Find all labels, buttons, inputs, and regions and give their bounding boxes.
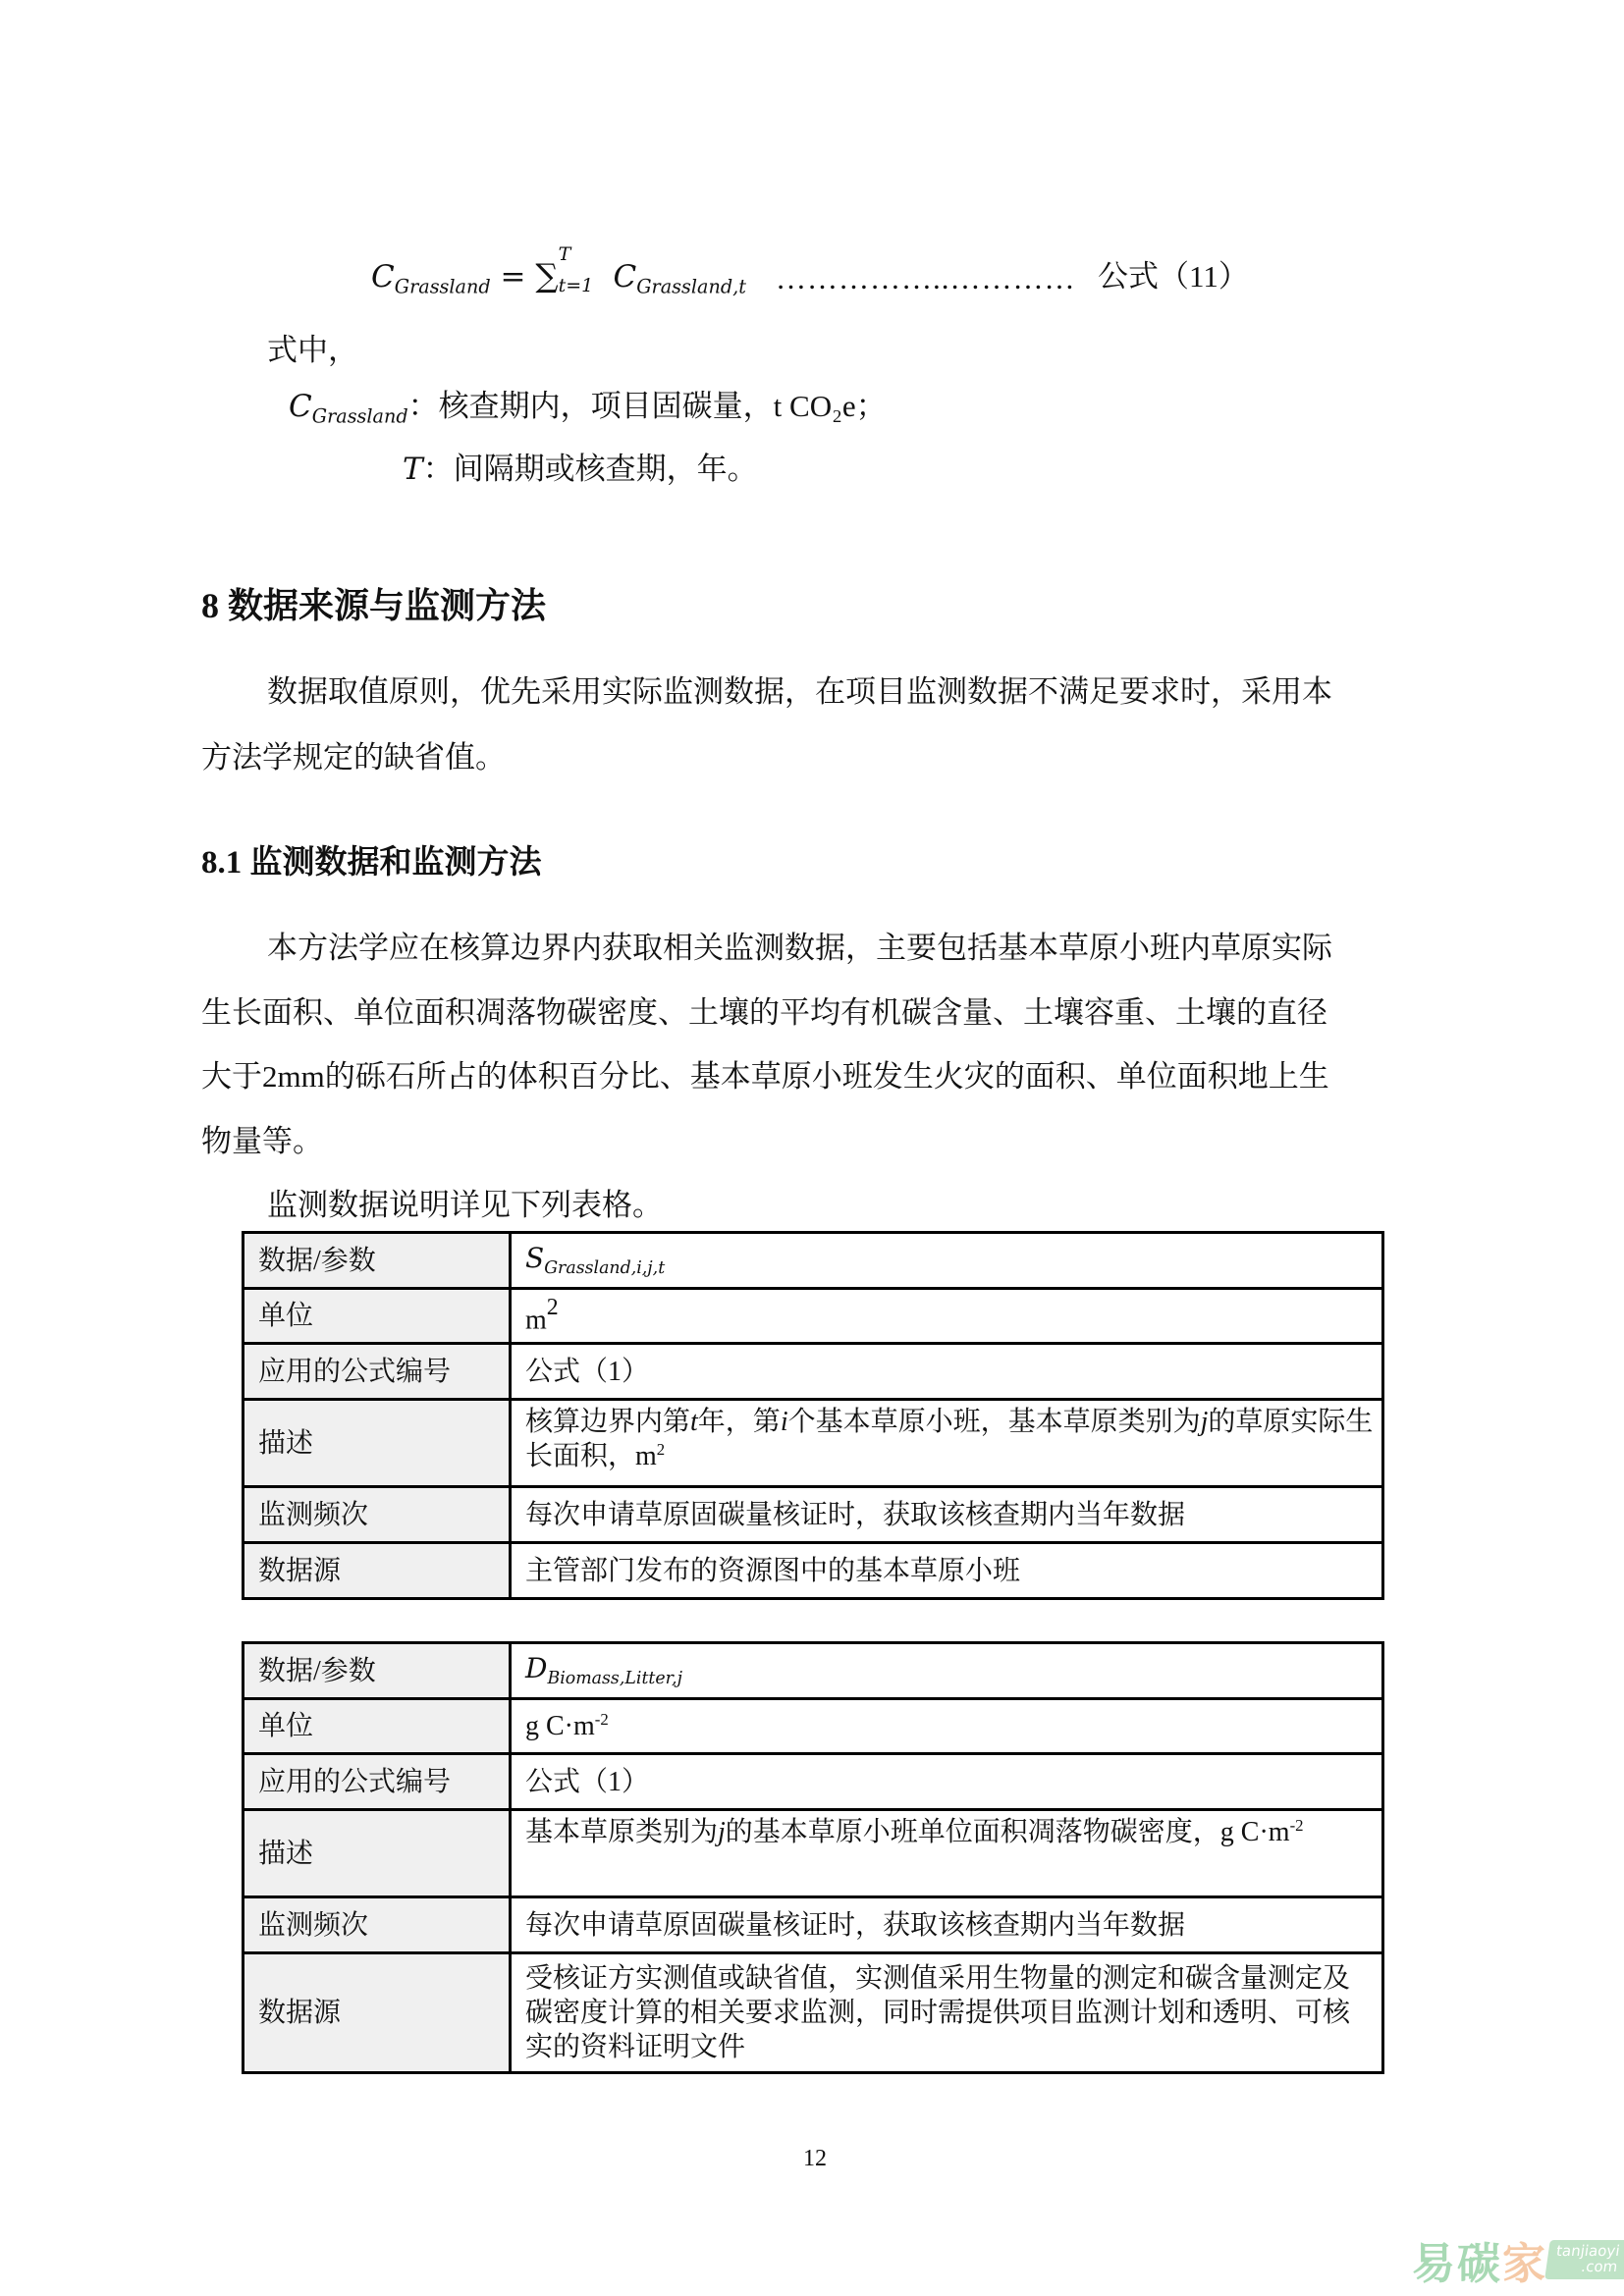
source-label: 数据源 xyxy=(244,1953,511,2073)
formula-11: CGrassland = ∑Tt=1 CGrassland,t xyxy=(371,257,746,298)
watermark-char: 易 xyxy=(1412,2228,1455,2291)
table-row: 描述 核算边界内第t年，第i个基本草原小班，基本草原类别为j的草原实际生长面积，… xyxy=(244,1400,1383,1487)
formula-number-label: 应用的公式编号 xyxy=(244,1754,511,1810)
description-value: 基本草原类别为j的基本草原小班单位面积凋落物碳密度，g C·m-2 xyxy=(511,1810,1383,1897)
source-label: 数据源 xyxy=(244,1543,511,1599)
frequency-label: 监测频次 xyxy=(244,1487,511,1543)
table-row: 数据/参数 DBiomass,Litter,j xyxy=(244,1643,1383,1699)
unit-value: g C·m-2 xyxy=(511,1699,1383,1754)
section-8-1-heading: 8.1 监测数据和监测方法 xyxy=(201,836,542,882)
description-label: 描述 xyxy=(244,1400,511,1487)
table-row: 描述 基本草原类别为j的基本草原小班单位面积凋落物碳密度，g C·m-2 xyxy=(244,1810,1383,1897)
source-value: 主管部门发布的资源图中的基本草原小班 xyxy=(511,1543,1383,1599)
table-row: 监测频次 每次申请草原固碳量核证时，获取该核查期内当年数据 xyxy=(244,1487,1383,1543)
section-8-para-line-1: 数据取值原则，优先采用实际监测数据，在项目监测数据不满足要求时，采用本 xyxy=(267,676,1332,707)
param-label: 数据/参数 xyxy=(244,1643,511,1699)
param-value: SGrassland,i,j,t xyxy=(511,1233,1383,1289)
table-row: 数据源 受核证方实测值或缺省值，实测值采用生物量的测定和碳含量测定及碳密度计算的… xyxy=(244,1953,1383,2073)
source-value: 受核证方实测值或缺省值，实测值采用生物量的测定和碳含量测定及碳密度计算的相关要求… xyxy=(511,1953,1383,2073)
frequency-value: 每次申请草原固碳量核证时，获取该核查期内当年数据 xyxy=(511,1487,1383,1543)
param-table-s-grassland: 数据/参数 SGrassland,i,j,t 单位 m2 应用的公式编号 公式（… xyxy=(242,1231,1384,1600)
formula-lhs: CGrassland xyxy=(371,259,491,294)
unit-label: 单位 xyxy=(244,1289,511,1344)
table-intro: 监测数据说明详见下列表格。 xyxy=(267,1190,663,1220)
section-8-1-para-line-1: 本方法学应在核算边界内获取相关监测数据，主要包括基本草原小班内草原实际 xyxy=(267,933,1332,963)
where-intro: 式中， xyxy=(267,335,358,365)
table-row: 应用的公式编号 公式（1） xyxy=(244,1754,1383,1810)
watermark-char: 家 xyxy=(1502,2228,1545,2291)
table-row: 应用的公式编号 公式（1） xyxy=(244,1344,1383,1400)
formula-rhs: CGrassland,t xyxy=(613,259,745,294)
formula-label: 公式（11） xyxy=(1098,261,1249,292)
watermark-badge: tanjiaoyi .com xyxy=(1544,2240,1624,2279)
section-8-para-line-2: 方法学规定的缺省值。 xyxy=(201,742,506,773)
description-value: 核算边界内第t年，第i个基本草原小班，基本草原类别为j的草原实际生长面积，m2 xyxy=(511,1400,1383,1487)
formula-leader-dots: ……………..………… xyxy=(776,263,1076,294)
equals-sign: = xyxy=(501,259,526,294)
param-table-d-biomass-litter: 数据/参数 DBiomass,Litter,j 单位 g C·m-2 应用的公式… xyxy=(242,1641,1384,2074)
description-label: 描述 xyxy=(244,1810,511,1897)
frequency-value: 每次申请草原固碳量核证时，获取该核查期内当年数据 xyxy=(511,1897,1383,1953)
watermark-char: 碳 xyxy=(1457,2228,1500,2291)
table-row: 数据/参数 SGrassland,i,j,t xyxy=(244,1233,1383,1289)
section-8-1-para-line-3: 大于2mm的砾石所占的体积百分比、基本草原小班发生火灾的面积、单位面积地上生 xyxy=(201,1061,1329,1092)
formula-number-label: 应用的公式编号 xyxy=(244,1344,511,1400)
table-row: 单位 g C·m-2 xyxy=(244,1699,1383,1754)
section-8-1-para-line-4: 物量等。 xyxy=(201,1126,323,1156)
section-8-heading: 8 数据来源与监测方法 xyxy=(201,578,546,628)
summation-limits: Tt=1 xyxy=(559,277,604,287)
symbol: T xyxy=(403,452,423,487)
frequency-label: 监测频次 xyxy=(244,1897,511,1953)
section-8-1-para-line-2: 生长面积、单位面积凋落物碳密度、土壤的平均有机碳含量、土壤容重、土壤的直径 xyxy=(201,997,1327,1028)
table-row: 监测频次 每次申请草原固碳量核证时，获取该核查期内当年数据 xyxy=(244,1897,1383,1953)
summation-symbol: ∑ xyxy=(535,257,558,294)
watermark-logo: 易 碳 家 tanjiaoyi .com xyxy=(1412,2230,1624,2289)
table-row: 数据源 主管部门发布的资源图中的基本草原小班 xyxy=(244,1543,1383,1599)
unit-label: 单位 xyxy=(244,1699,511,1754)
table-row: 单位 m2 xyxy=(244,1289,1383,1344)
formula-number-value: 公式（1） xyxy=(511,1754,1383,1810)
where-item-c-grassland: CGrassland：核查期内，项目固碳量，t CO₂e； xyxy=(289,391,887,426)
page-number: 12 xyxy=(803,2146,827,2172)
param-label: 数据/参数 xyxy=(244,1233,511,1289)
symbol: CGrassland xyxy=(289,389,408,424)
formula-number-value: 公式（1） xyxy=(511,1344,1383,1400)
unit-value: m2 xyxy=(511,1289,1383,1344)
where-item-t: T：间隔期或核查期，年。 xyxy=(403,454,758,485)
param-value: DBiomass,Litter,j xyxy=(511,1643,1383,1699)
